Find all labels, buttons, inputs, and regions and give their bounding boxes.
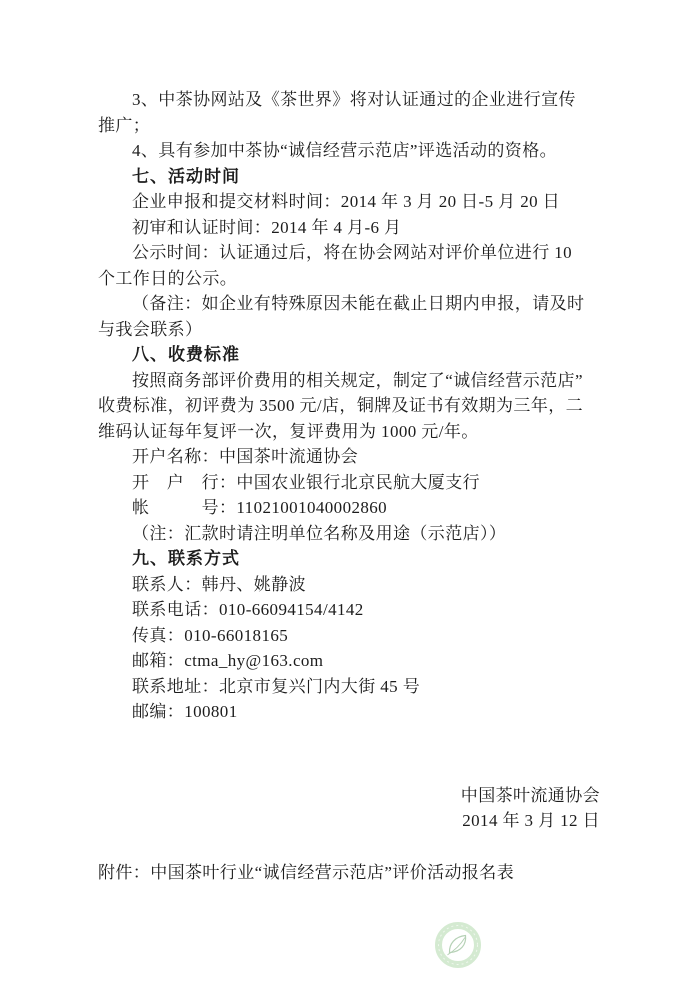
- doc-line: （备注：如企业有特殊原因未能在截止日期内申报，请及时: [98, 291, 614, 317]
- doc-line: 邮箱：ctma_hy@163.com: [98, 648, 614, 674]
- doc-line: 开户名称：中国茶叶流通协会: [98, 444, 614, 470]
- doc-line: 4、具有参加中茶协“诚信经营示范店”评选活动的资格。: [98, 138, 614, 164]
- doc-line: （注：汇款时请注明单位名称及用途（示范店））: [98, 521, 614, 547]
- doc-lines: 3、中茶协网站及《茶世界》将对认证通过的企业进行宣传推广；4、具有参加中茶协“诚…: [98, 87, 614, 725]
- signature-block: 中国茶叶流通协会 2014 年 3 月 12 日: [98, 783, 614, 834]
- document-page: 3、中茶协网站及《茶世界》将对认证通过的企业进行宣传推广；4、具有参加中茶协“诚…: [0, 0, 700, 990]
- doc-line: 收费标准，初评费为 3500 元/店，铜牌及证书有效期为三年，二: [98, 393, 614, 419]
- leaf-seal-icon: [434, 921, 482, 969]
- doc-line: 联系人：韩丹、姚静波: [98, 572, 614, 598]
- doc-line: 维码认证每年复评一次，复评费用为 1000 元/年。: [98, 419, 614, 445]
- section-heading: 七、活动时间: [98, 164, 614, 190]
- doc-line: 传真：010-66018165: [98, 623, 614, 649]
- doc-line: 按照商务部评价费用的相关规定，制定了“诚信经营示范店”: [98, 368, 614, 394]
- doc-line: 联系地址：北京市复兴门内大街 45 号: [98, 674, 614, 700]
- doc-line: 个工作日的公示。: [98, 266, 614, 292]
- signature-org: 中国茶叶流通协会: [98, 783, 600, 809]
- doc-line: 开 户 行：中国农业银行北京民航大厦支行: [98, 470, 614, 496]
- signature-date: 2014 年 3 月 12 日: [98, 808, 600, 834]
- section-heading: 八、收费标准: [98, 342, 614, 368]
- doc-line: 初审和认证时间：2014 年 4 月-6 月: [98, 215, 614, 241]
- attachment-note: 附件：中国茶叶行业“诚信经营示范店”评价活动报名表: [98, 860, 614, 886]
- doc-line: 推广；: [98, 113, 614, 139]
- doc-line: 邮编：100801: [98, 699, 614, 725]
- doc-line: 3、中茶协网站及《茶世界》将对认证通过的企业进行宣传: [98, 87, 614, 113]
- doc-line: 联系电话：010-66094154/4142: [98, 597, 614, 623]
- doc-line: 与我会联系）: [98, 317, 614, 343]
- doc-line: 帐 号：11021001040002860: [98, 495, 614, 521]
- doc-line: 企业申报和提交材料时间：2014 年 3 月 20 日-5 月 20 日: [98, 189, 614, 215]
- section-heading: 九、联系方式: [98, 546, 614, 572]
- document-body: 3、中茶协网站及《茶世界》将对认证通过的企业进行宣传推广；4、具有参加中茶协“诚…: [98, 87, 614, 885]
- doc-line: 公示时间：认证通过后，将在协会网站对评价单位进行 10: [98, 240, 614, 266]
